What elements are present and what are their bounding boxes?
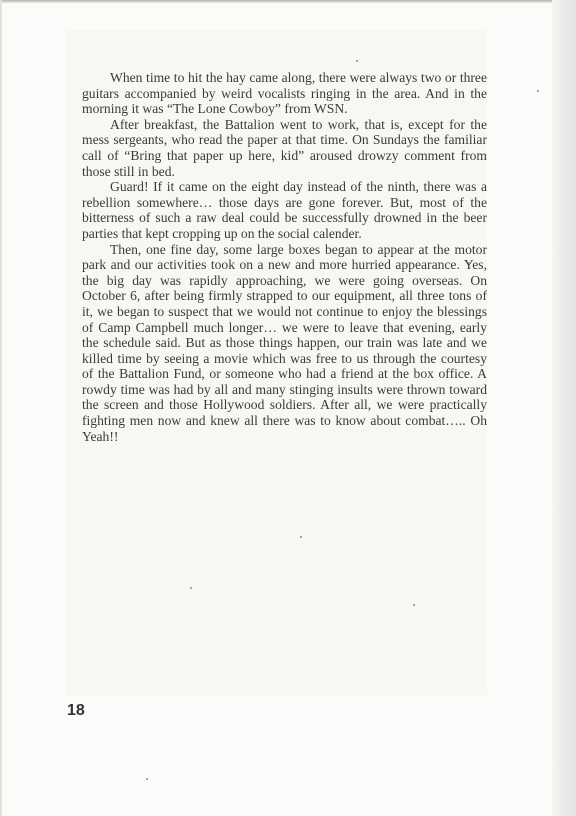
paragraph: When time to hit the hay came along, the…: [82, 70, 487, 117]
page-right-shadow: [552, 0, 576, 816]
paper-speck: [413, 604, 415, 606]
page-left-edge: [0, 0, 2, 816]
body-text: When time to hit the hay came along, the…: [82, 70, 487, 444]
paragraph: Then, one fine day, some large boxes beg…: [82, 242, 487, 445]
paragraph: After breakfast, the Battalion went to w…: [82, 117, 487, 179]
paragraph: Guard! If it came on the eight day inste…: [82, 179, 487, 241]
paper-speck: [300, 536, 302, 538]
paper-speck: [146, 778, 148, 780]
paper-speck: [537, 90, 539, 92]
page-top-edge: [0, 0, 576, 3]
page-number: 18: [67, 702, 85, 720]
paper-speck: [468, 262, 470, 264]
paper-speck: [190, 587, 192, 589]
paper-speck: [356, 60, 358, 62]
